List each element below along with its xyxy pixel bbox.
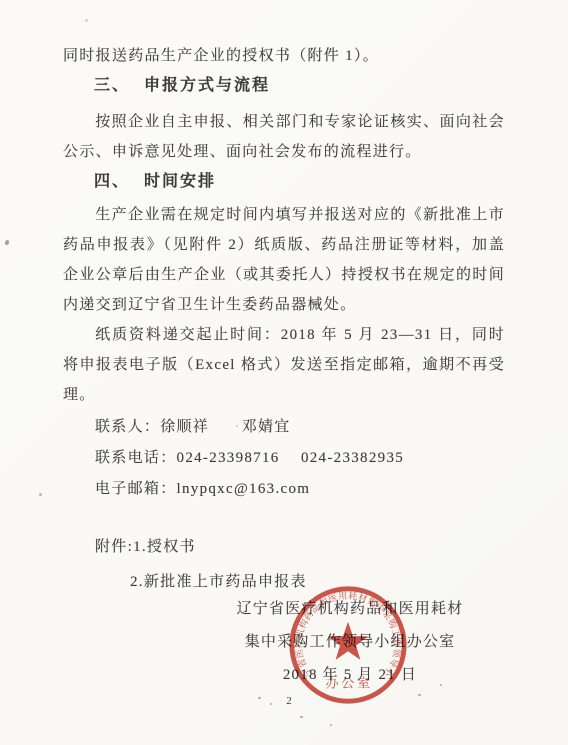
contact-email-label: 电子邮箱： [95, 481, 177, 497]
scan-speck [39, 493, 42, 496]
section3-number: 三、 [94, 77, 130, 94]
page-number: 2 [283, 695, 295, 707]
signature-block: 辽宁省医疗机构药品和医用耗材 集中采购工作领导小组办公室 2018 年 5 月 … [230, 593, 470, 692]
contact-person-label: 联系人： [95, 419, 160, 435]
seal-ink-smudge [258, 697, 261, 699]
seal-ink-smudge [270, 703, 272, 705]
scan-speck [5, 240, 9, 245]
seal-ink-smudge [330, 724, 332, 726]
intro-continuation-line: 同时报送药品生产企业的授权书（附件 1）。 [63, 41, 505, 71]
attachment-1-title: 1.授权书 [133, 539, 196, 555]
section4-paragraph-2: 纸质资料递交起止时间：2018 年 5 月 23—31 日，同时将申报表电子版（… [63, 320, 505, 410]
attachments-label: 附件: [95, 539, 133, 555]
attachment-item-1: 附件:1.授权书 [63, 530, 505, 565]
contact-phone-label: 联系电话： [95, 450, 177, 466]
seal-ink-smudge [418, 694, 421, 696]
section4-heading: 四、时间安排 [63, 167, 505, 197]
section3-paragraph: 按照企业自主申报、相关部门和专家论证核实、面向社会公示、申诉意见处理、面向社会发… [63, 107, 505, 167]
section4-number: 四、 [94, 173, 130, 190]
contact-person-line: 联系人：徐顺祥 邓婧宜 [63, 412, 505, 443]
contact-email-address: lnypqxc@163.com [177, 481, 311, 497]
section3-title: 申报方式与流程 [144, 77, 270, 94]
contact-email-line: 电子邮箱：lnypqxc@163.com [63, 474, 505, 505]
contact-phone-numbers: 024-23398716 024-23382935 [177, 450, 405, 466]
contact-info-block: 联系人：徐顺祥 邓婧宜 联系电话：024-23398716 024-233829… [63, 412, 505, 505]
document-body: 同时报送药品生产企业的授权书（附件 1）。 三、申报方式与流程 按照企业自主申报… [63, 41, 505, 600]
seal-ink-smudge [300, 716, 303, 718]
section4-title: 时间安排 [144, 173, 216, 190]
contact-person-names: 徐顺祥 邓婧宜 [160, 419, 290, 435]
scan-speck [236, 425, 238, 427]
section4-paragraph-1: 生产企业需在规定时间内填写并报送对应的《新批准上市药品申报表》（见附件 2）纸质… [63, 200, 505, 320]
contact-phone-line: 联系电话：024-23398716 024-23382935 [63, 443, 505, 474]
issue-date: 2018 年 5 月 21 日 [230, 659, 470, 692]
attachments-block: 附件:1.授权书 2.新批准上市药品申报表 [63, 530, 505, 600]
attachment-2-title: 2.新批准上市药品申报表 [130, 574, 307, 590]
seal-ink-smudge [440, 684, 442, 686]
scan-speck [85, 19, 88, 22]
section3-heading: 三、申报方式与流程 [63, 71, 505, 101]
issuing-org-line1: 辽宁省医疗机构药品和医用耗材 [230, 593, 470, 626]
issuing-org-line2: 集中采购工作领导小组办公室 [230, 626, 470, 659]
scanned-document-page: 同时报送药品生产企业的授权书（附件 1）。 三、申报方式与流程 按照企业自主申报… [0, 0, 568, 745]
